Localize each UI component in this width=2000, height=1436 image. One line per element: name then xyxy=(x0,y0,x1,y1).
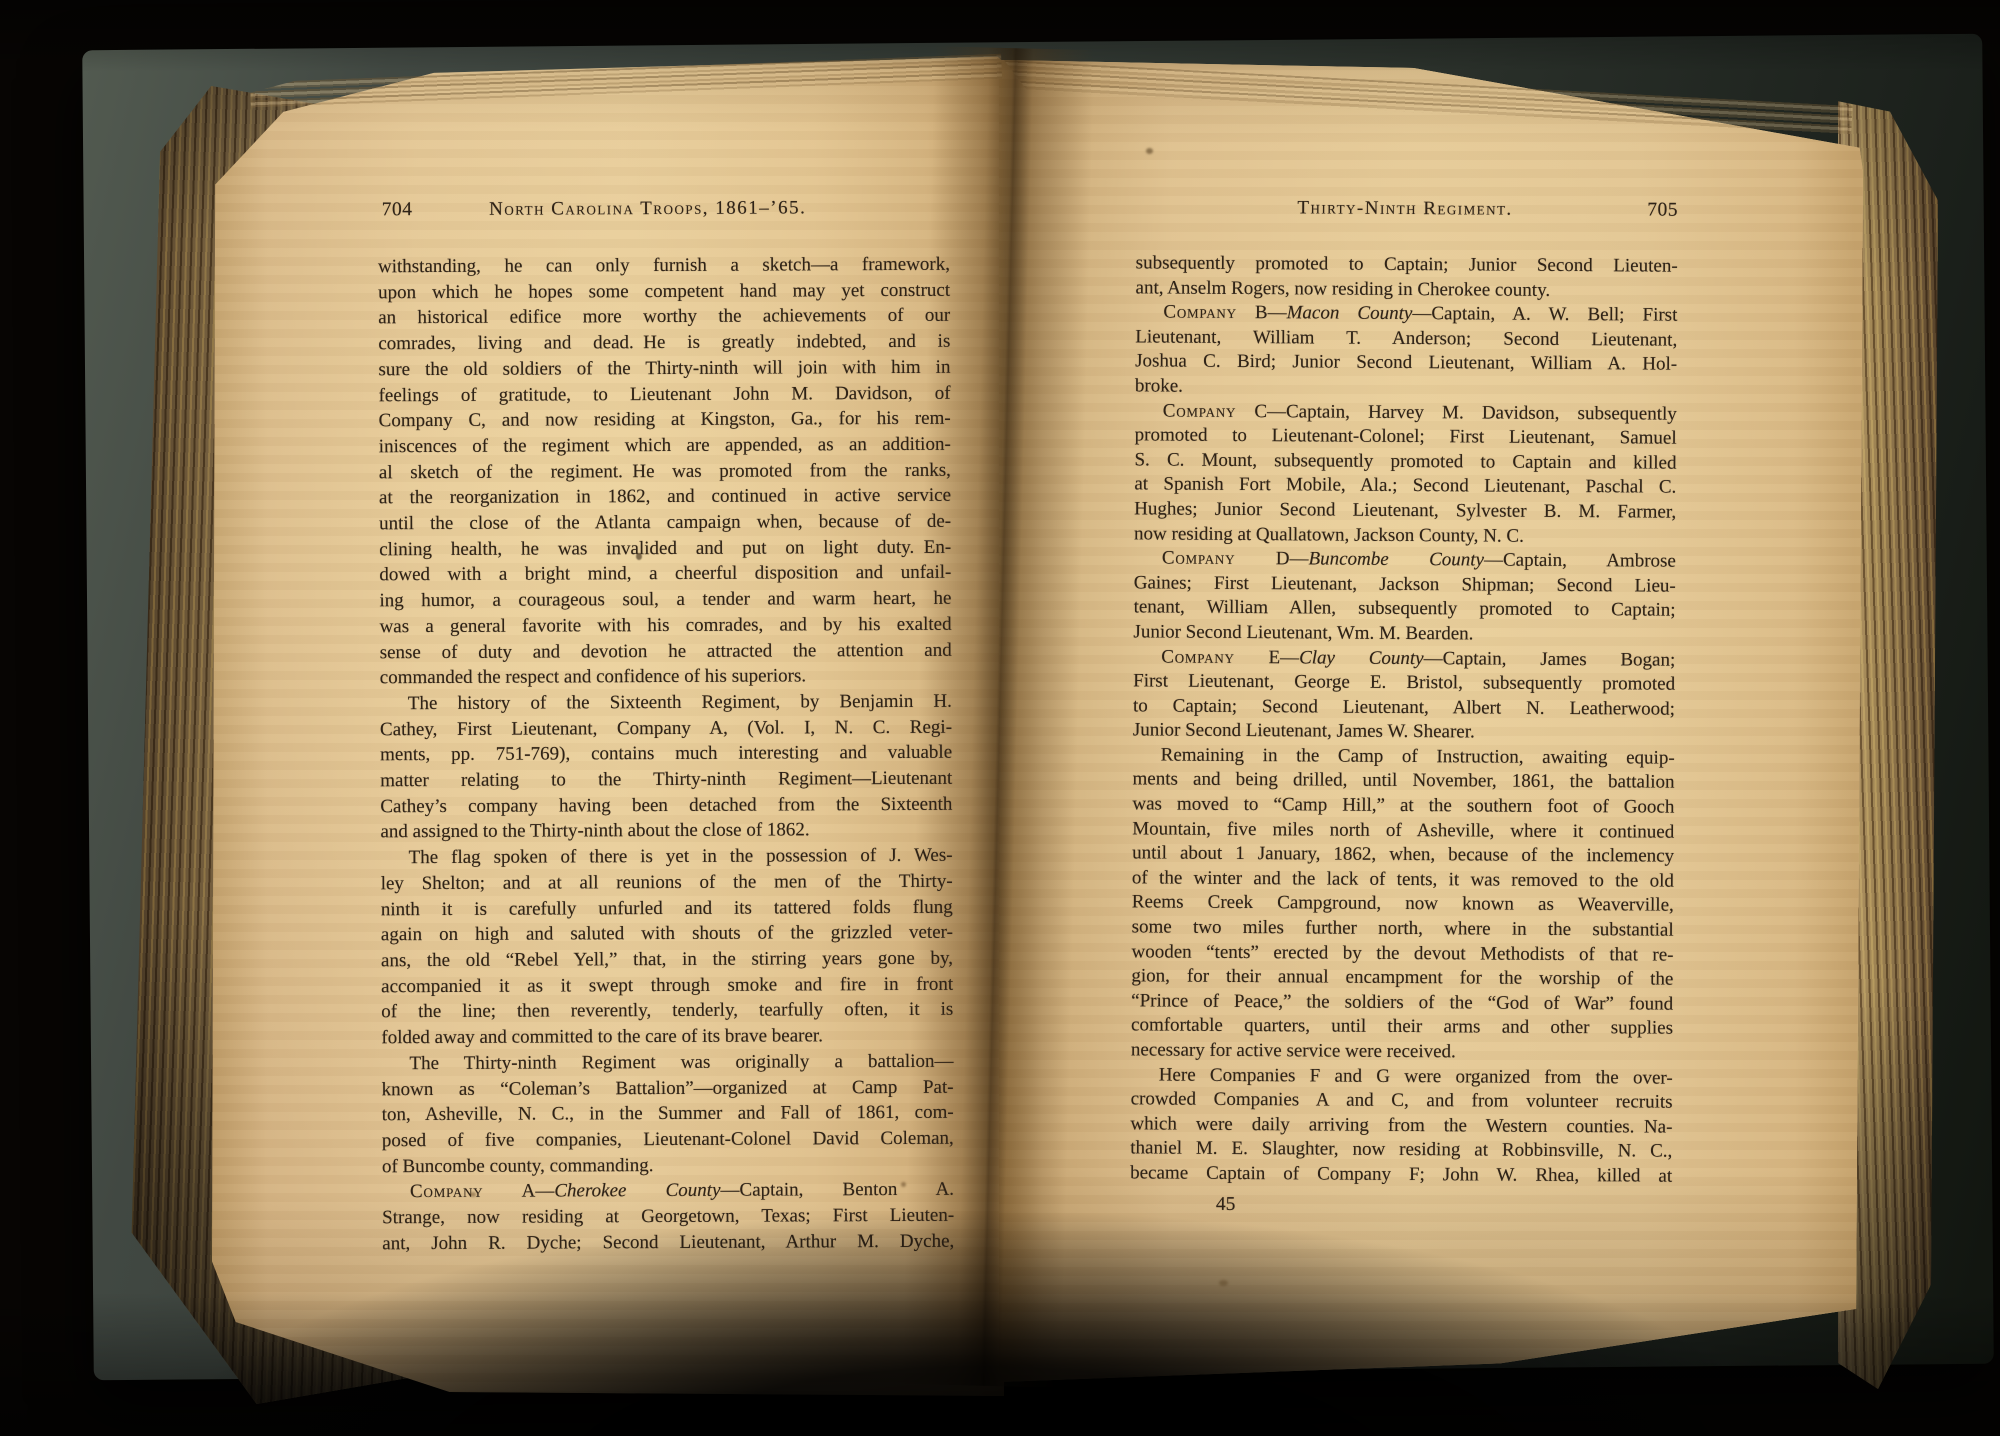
left-running-title: North Carolina Troops, 1861–’65. xyxy=(362,197,934,221)
print-line: comfortable quarters, until their arms a… xyxy=(1131,1014,1673,1042)
print-line: known as “Coleman’s Battalion”—organized… xyxy=(382,1074,954,1102)
print-line: Cathey, First Lieutenant, Company A, (Vo… xyxy=(380,714,952,742)
print-line: feelings of gratitude, to Lieutenant Joh… xyxy=(378,380,950,408)
print-line: dowed with a bright mind, a cheerful dis… xyxy=(379,560,951,588)
print-line: withstanding, he can only furnish a sket… xyxy=(378,252,950,280)
print-line: Company B—Macon County—Captain, A. W. Be… xyxy=(1135,301,1677,329)
print-line: at Spanish Fort Mobile, Ala.; Second Lie… xyxy=(1134,473,1676,501)
print-line: ant, Anselm Rogers, now residing in Cher… xyxy=(1135,276,1677,304)
print-line: Junior Second Lieutenant, James W. Shear… xyxy=(1133,719,1675,747)
right-page-lines: subsequently promoted to Captain; Junior… xyxy=(1130,251,1678,1189)
print-line: Company D—Buncombe County—Captain, Ambro… xyxy=(1134,546,1676,574)
print-line: Company C—Captain, Harvey M. Davidson, s… xyxy=(1135,399,1677,427)
print-line: ments and being drilled, until November,… xyxy=(1132,768,1674,796)
print-line: Remaining in the Camp of Instruction, aw… xyxy=(1133,743,1675,771)
print-line: Reems Creek Campground, now known as Wea… xyxy=(1132,891,1674,919)
print-line: posed of five companies, Lieutenant-Colo… xyxy=(382,1126,954,1154)
print-line: comrades, living and dead. He is greatly… xyxy=(378,329,950,357)
print-line: The history of the Sixteenth Regiment, b… xyxy=(380,689,952,717)
print-line: accompanied it as it swept through smoke… xyxy=(381,971,953,999)
print-line: broke. xyxy=(1135,374,1677,402)
print-line: upon which he hopes some competent hand … xyxy=(378,277,950,305)
print-line: Mountain, five miles north of Asheville,… xyxy=(1132,817,1674,845)
print-line: now residing at Quallatown, Jackson Coun… xyxy=(1134,522,1676,550)
print-line: commanded the respect and confidence of … xyxy=(380,663,952,691)
print-line: was moved to “Camp Hill,” at the souther… xyxy=(1132,792,1674,820)
print-line: ley Shelton; and at all reunions of the … xyxy=(381,869,953,897)
print-line: iniscences of the regiment which are app… xyxy=(379,432,951,460)
print-line: an historical edifice more worthy the ac… xyxy=(378,303,950,331)
print-line: crowded Companies A and C, and from volu… xyxy=(1131,1088,1673,1116)
print-line: al sketch of the regiment. He was promot… xyxy=(379,457,951,485)
print-line: Here Companies F and G were organized fr… xyxy=(1131,1063,1673,1091)
print-line: promoted to Lieutenant-Colonel; First Li… xyxy=(1135,424,1677,452)
print-line: S. C. Mount, subsequently promoted to Ca… xyxy=(1134,448,1676,476)
print-line: Company A—Cherokee County—Captain, Bento… xyxy=(382,1177,954,1205)
left-page-text: 704 North Carolina Troops, 1861–’65. wit… xyxy=(378,197,955,1257)
signature-mark: 45 xyxy=(1130,1193,1672,1218)
print-line: The flag spoken of there is yet in the p… xyxy=(381,843,953,871)
print-line: sure the old soldiers of the Thirty-nint… xyxy=(378,355,950,383)
print-line: and assigned to the Thirty-ninth about t… xyxy=(380,817,952,845)
right-page-text: Thirty-Ninth Regiment. 705 subsequently … xyxy=(1130,196,1678,1218)
print-line: Lieutenant, William T. Anderson; Second … xyxy=(1135,325,1677,353)
print-line: again on high and saluted with shouts of… xyxy=(381,920,953,948)
print-line: until the close of the Atlanta campaign … xyxy=(379,509,951,537)
print-line: Company C, and now residing at Kingston,… xyxy=(379,406,951,434)
print-line: to Captain; Second Lieutenant, Albert N.… xyxy=(1133,694,1675,722)
left-running-head: 704 North Carolina Troops, 1861–’65. xyxy=(378,197,950,227)
print-line: of the winter and the lack of tents, it … xyxy=(1132,866,1674,894)
print-line: ments, pp. 751-769), contains much inter… xyxy=(380,740,952,768)
print-line: sense of duty and devotion he attracted … xyxy=(380,637,952,665)
print-line: of Buncombe county, commanding. xyxy=(382,1151,954,1179)
print-line: ninth it is carefully unfurled and its t… xyxy=(381,894,953,922)
print-line: tenant, William Allen, subsequently prom… xyxy=(1134,596,1676,624)
print-line: The Thirty-ninth Regiment was originally… xyxy=(381,1049,953,1077)
print-line: Joshua C. Bird; Junior Second Lieutenant… xyxy=(1135,350,1677,378)
print-line: matter relating to the Thirty-ninth Regi… xyxy=(380,766,952,794)
print-line: Strange, now residing at Georgetown, Tex… xyxy=(382,1203,954,1231)
print-line: thaniel M. E. Slaughter, now residing at… xyxy=(1130,1137,1672,1165)
print-line: clining health, he was invalided and put… xyxy=(379,534,951,562)
print-line: folded away and committed to the care of… xyxy=(381,1023,953,1051)
print-line: ing humor, a courageous soul, a tender a… xyxy=(379,586,951,614)
right-page-number: 705 xyxy=(1647,199,1678,221)
print-line: which were daily arriving from the Weste… xyxy=(1130,1112,1672,1140)
print-line: gion, for their annual encampment for th… xyxy=(1131,965,1673,993)
print-line: subsequently promoted to Captain; Junior… xyxy=(1136,251,1678,279)
left-page-lines: withstanding, he can only furnish a sket… xyxy=(378,252,954,1257)
book-photo: 704 North Carolina Troops, 1861–’65. wit… xyxy=(0,0,2000,1436)
print-line: of the line; then reverently, tenderly, … xyxy=(381,997,953,1025)
print-line: wooden “tents” erected by the devout Met… xyxy=(1131,940,1673,968)
right-running-head: Thirty-Ninth Regiment. 705 xyxy=(1136,196,1678,227)
print-line: First Lieutenant, George E. Bristol, sub… xyxy=(1133,669,1675,697)
print-line: ans, the old “Rebel Yell,” that, in the … xyxy=(381,946,953,974)
print-line: “Prince of Peace,” the soldiers of the “… xyxy=(1131,989,1673,1017)
print-line: Hughes; Junior Second Lieutenant, Sylves… xyxy=(1134,497,1676,525)
print-line: some two miles further north, where in t… xyxy=(1132,915,1674,943)
print-line: Cathey’s company having been detached fr… xyxy=(380,792,952,820)
print-line: became Captain of Company F; John W. Rhe… xyxy=(1130,1161,1672,1189)
print-line: Junior Second Lieutenant, Wm. M. Bearden… xyxy=(1133,620,1675,648)
print-line: Gaines; First Lieutenant, Jackson Shipma… xyxy=(1134,571,1676,599)
print-line: at the reorganization in 1862, and conti… xyxy=(379,483,951,511)
print-line: was a general favorite with his comrades… xyxy=(380,612,952,640)
print-line: Company E—Clay County—Captain, James Bog… xyxy=(1133,645,1675,673)
print-line: ton, Asheville, N. C., in the Summer and… xyxy=(382,1100,954,1128)
print-line: necessary for active service were receiv… xyxy=(1131,1038,1673,1066)
print-line: ant, John R. Dyche; Second Lieutenant, A… xyxy=(382,1228,954,1256)
right-running-title: Thirty-Ninth Regiment. xyxy=(1134,196,1676,221)
print-line: until about 1 January, 1862, when, becau… xyxy=(1132,842,1674,870)
